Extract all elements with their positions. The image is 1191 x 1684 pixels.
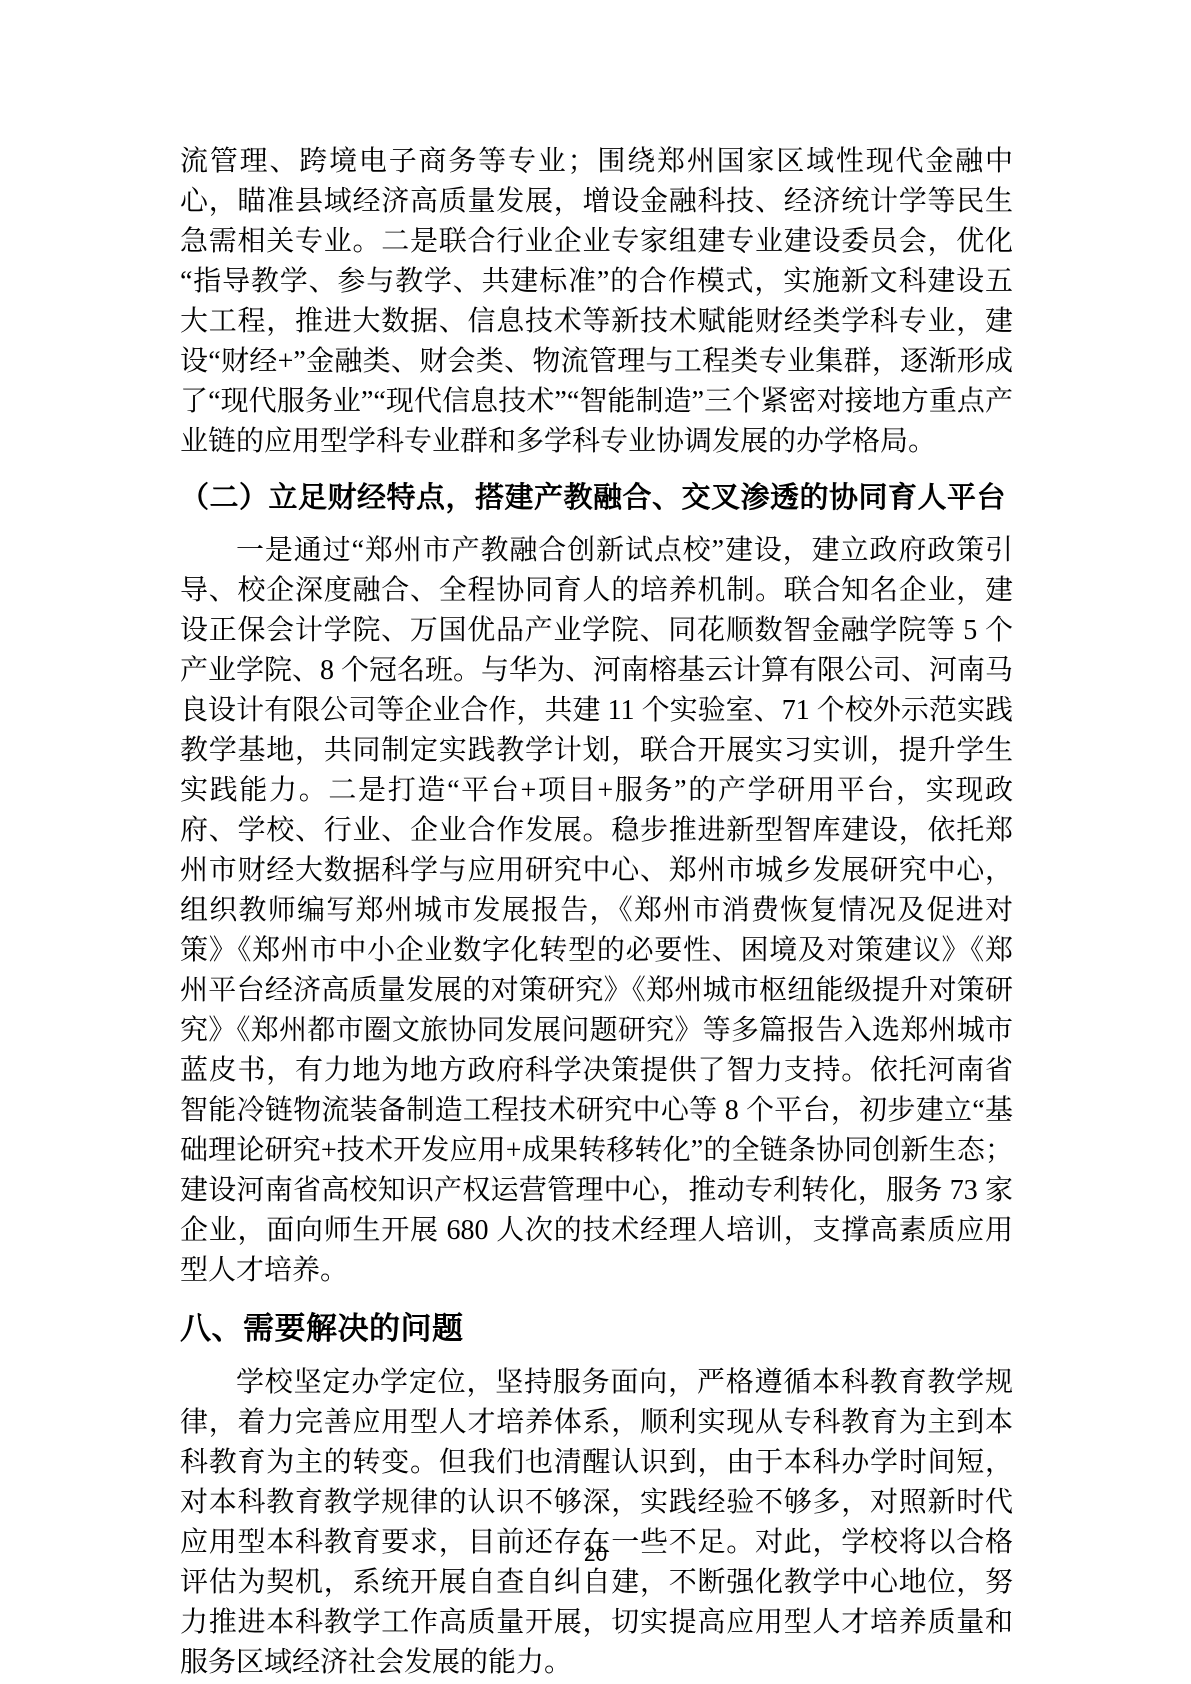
paragraph-continuation: 流管理、跨境电子商务等专业；围绕郑州国家区域性现代金融中心，瞄准县域经济高质量发…	[180, 142, 1013, 462]
page-content: 流管理、跨境电子商务等专业；围绕郑州国家区域性现代金融中心，瞄准县域经济高质量发…	[180, 142, 1013, 1683]
paragraph-problems: 学校坚定办学定位，坚持服务面向，严格遵循本科教育教学规律，着力完善应用型人才培养…	[180, 1363, 1013, 1683]
section-heading-problems: 八、需要解决的问题	[180, 1305, 1013, 1353]
page-number: 20	[0, 1543, 1191, 1567]
paragraph-industry-education-platform: 一是通过“郑州市产教融合创新试点校”建设，建立政府政策引导、校企深度融合、全程协…	[180, 531, 1013, 1291]
subsection-heading-finance-platform: （二）立足财经特点，搭建产教融合、交叉渗透的协同育人平台	[180, 475, 1013, 521]
document-page: 流管理、跨境电子商务等专业；围绕郑州国家区域性现代金融中心，瞄准县域经济高质量发…	[0, 0, 1191, 1684]
